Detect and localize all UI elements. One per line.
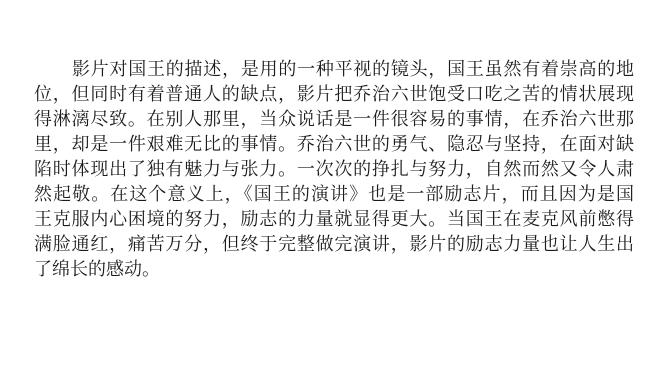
text-line: 里，却是一件艰难无比的事情。乔治六世的勇气、隐忍与坚持，在面对缺 xyxy=(34,132,634,157)
text-line: 然起敬。在这个意义上，《国王的演讲》也是一部励志片，而且因为是国 xyxy=(34,182,634,207)
text-line: 满脸通红，痛苦万分，但终于完整做完演讲，影片的励志力量也让人生出 xyxy=(34,232,634,257)
text-line: 王克服内心困境的努力，励志的力量就显得更大。当国王在麦克风前憋得 xyxy=(34,207,634,232)
text-line: 影片对国王的描述，是用的一种平视的镜头，国王虽然有着崇高的地 xyxy=(34,57,634,82)
text-line: 位，但同时有着普通人的缺点，影片把乔治六世饱受口吃之苦的情状展现 xyxy=(34,82,634,107)
text-line: 了绵长的感动。 xyxy=(34,257,634,282)
text-line: 得淋漓尽致。在别人那里，当众说话是一件很容易的事情，在乔治六世那 xyxy=(34,107,634,132)
paragraph-text-block: 影片对国王的描述，是用的一种平视的镜头，国王虽然有着崇高的地 位，但同时有着普通… xyxy=(34,57,634,282)
slide-canvas: 影片对国王的描述，是用的一种平视的镜头，国王虽然有着崇高的地 位，但同时有着普通… xyxy=(0,0,668,376)
text-line: 陷时体现出了独有魅力与张力。一次次的挣扎与努力，自然而然又令人肃 xyxy=(34,157,634,182)
